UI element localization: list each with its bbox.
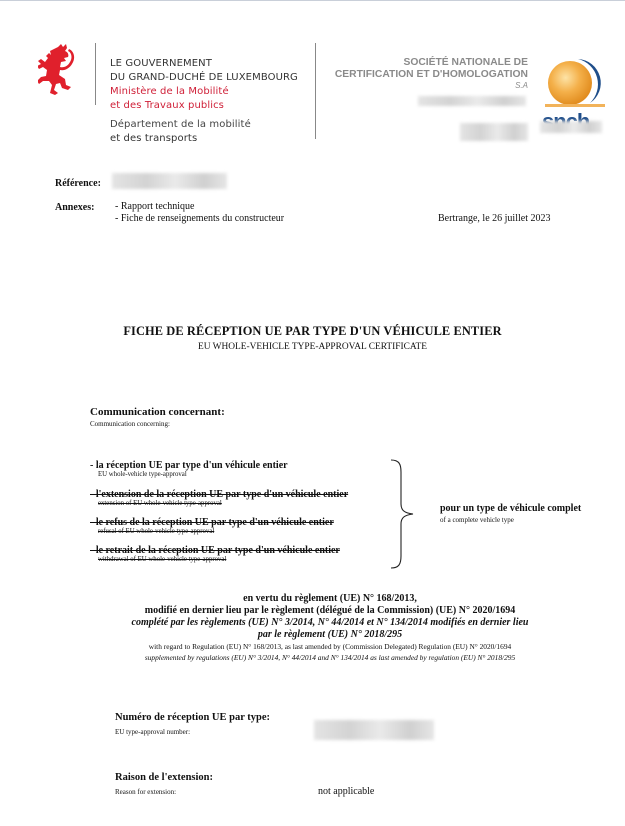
annex-item-2: - Fiche de renseignements du constructeu…: [115, 213, 284, 224]
vehicle-scope: pour un type de véhicule complet: [440, 503, 581, 514]
item-fr: - le retrait de la réception UE par type…: [90, 545, 340, 556]
approval-number-label: Numéro de réception UE par type:: [115, 712, 270, 723]
government-block: LE GOUVERNEMENT DU GRAND-DUCHÉ DE LUXEMB…: [110, 57, 298, 146]
extension-reason-label: Raison de l'extension:: [115, 772, 213, 783]
snch-accent-bar-top: [545, 104, 605, 107]
snch-line-3: S.A: [326, 81, 528, 91]
gov-line-2: DU GRAND-DUCHÉ DE LUXEMBOURG: [110, 71, 298, 85]
vehicle-scope-en: of a complete vehicle type: [440, 516, 514, 524]
communication-heading-en: Communication concerning:: [90, 420, 170, 428]
ministry-line-2: et des Travaux publics: [110, 99, 298, 113]
ministry-line-1: Ministère de la Mobilité: [110, 85, 298, 99]
regulation-line-2: modifié en dernier lieu par le règlement…: [0, 605, 625, 616]
item-fr: - l'extension de la réception UE par typ…: [90, 489, 348, 500]
item-fr: - le refus de la réception UE par type d…: [90, 517, 334, 528]
item-en: EU whole-vehicle type-approval: [98, 471, 288, 478]
header-divider: [95, 43, 96, 105]
communication-item-struck: - le refus de la réception UE par type d…: [90, 517, 334, 535]
certificate-title: FICHE DE RÉCEPTION UE PAR TYPE D'UN VÉHI…: [0, 324, 625, 339]
snch-name: SOCIÉTÉ NATIONALE DE CERTIFICATION ET D'…: [326, 57, 528, 91]
communication-item-struck: - le retrait de la réception UE par type…: [90, 545, 340, 563]
annexes-label: Annexes:: [55, 202, 94, 213]
regulation-line-1: en vertu du règlement (UE) N° 168/2013,: [0, 593, 625, 604]
annex-item-1: - Rapport technique: [115, 201, 194, 212]
communication-heading: Communication concernant:: [90, 406, 225, 418]
redacted-address-1: [418, 96, 526, 106]
redacted-logo-strip: [540, 121, 602, 133]
regulation-line-5: with regard to Regulation (EU) N° 168/20…: [0, 642, 625, 651]
snch-line-2: CERTIFICATION ET D'HOMOLOGATION: [326, 69, 528, 81]
approval-number-label-en: EU type-approval number:: [115, 728, 190, 736]
regulation-line-3: complété par les règlements (UE) N° 3/20…: [0, 617, 625, 628]
communication-item: - la réception UE par type d'un véhicule…: [90, 460, 288, 478]
place-date: Bertrange, le 26 juillet 2023: [438, 213, 550, 224]
header-divider-2: [315, 43, 316, 139]
gov-line-1: LE GOUVERNEMENT: [110, 57, 298, 71]
item-en: extension of EU whole-vehicle type-appro…: [98, 500, 348, 507]
snch-line-1: SOCIÉTÉ NATIONALE DE: [326, 57, 528, 69]
extension-reason-value: not applicable: [318, 786, 374, 797]
approval-number-redacted: [314, 720, 434, 740]
certificate-subtitle: EU WHOLE-VEHICLE TYPE-APPROVAL CERTIFICA…: [0, 342, 625, 352]
regulation-line-4: par le règlement (UE) N° 2018/295: [0, 629, 625, 640]
extension-reason-label-en: Reason for extension:: [115, 788, 176, 796]
item-en: refusal of EU whole-vehicle type-approva…: [98, 528, 334, 535]
regulation-line-6: supplemented by regulations (EU) N° 3/20…: [0, 653, 625, 662]
luxembourg-lion-logo-icon: [38, 43, 76, 101]
curly-brace-icon: [383, 458, 423, 570]
item-fr: - la réception UE par type d'un véhicule…: [90, 460, 288, 471]
redacted-address-2: [460, 123, 528, 141]
department-line-2: et des transports: [110, 132, 298, 146]
reference-label: Référence:: [55, 178, 101, 189]
communication-item-struck: - l'extension de la réception UE par typ…: [90, 489, 348, 507]
reference-value-redacted: [112, 173, 227, 189]
item-en: withdrawal of EU whole-vehicle type-appr…: [98, 556, 340, 563]
department-line-1: Département de la mobilité: [110, 118, 298, 132]
